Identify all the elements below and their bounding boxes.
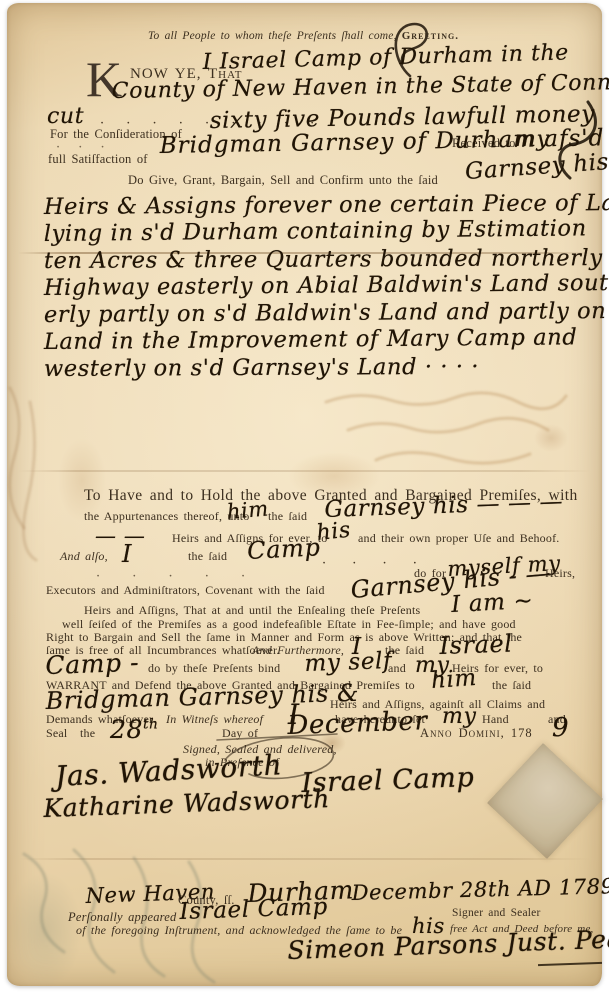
month-hw: December xyxy=(287,706,428,741)
satisfaction-label: full Satiſfaction of xyxy=(48,152,148,167)
anno-domini-label: Anno Domini, 178 xyxy=(420,726,533,741)
signer-sealer-label: Signer and Sealer xyxy=(452,907,541,919)
i-hw: I xyxy=(122,540,132,568)
description-line: erly partly on s'd Baldwin's Land and pa… xyxy=(44,298,607,328)
year-digit-hw: 9 xyxy=(552,713,569,743)
behoof-label: and their own proper Uſe and Behoof. xyxy=(358,531,559,546)
the-said-label: the ſaid xyxy=(188,549,227,564)
cut-hw: cut xyxy=(47,104,84,129)
and-label: and xyxy=(388,661,406,676)
description-line: westerly on s'd Garnsey's Land · · · · xyxy=(44,354,479,382)
him-hw: him xyxy=(430,665,477,694)
the-said-label: the ſaid xyxy=(492,678,531,693)
appeared-name-hw: Israel Camp xyxy=(179,894,328,925)
day-suffix: th xyxy=(143,717,159,733)
my-self-hw: my self xyxy=(304,648,392,677)
camp-hw: Camp xyxy=(247,533,322,565)
description-line: Land in the Improvement of Mary Camp and xyxy=(44,324,578,355)
in-witness-label: In Witneſs whereof xyxy=(166,712,263,727)
the-said-label: the ſaid xyxy=(268,509,307,524)
dash-hw: — — xyxy=(95,524,145,548)
camp-hw: Camp - xyxy=(45,648,140,680)
the-label: the xyxy=(80,726,95,741)
scanned-deed-document: To all People to whom theſe Preſents ſha… xyxy=(0,0,609,1000)
greeting-word: Greeting. xyxy=(402,30,459,42)
ensealing-label: Heirs and Aſſigns, That at and until the… xyxy=(84,603,420,618)
and-also-label: And alſo, xyxy=(60,549,108,564)
grant-clause-label: Do Give, Grant, Bargain, Sell and Confir… xyxy=(128,173,438,188)
his-hw: his xyxy=(315,518,352,546)
day-number: 28 xyxy=(110,715,143,744)
salutation-line: To all People to whom theſe Preſents ſha… xyxy=(148,30,459,42)
description-line: ten Acres & three Quarters bounded north… xyxy=(44,245,609,274)
israel-hw: Israel xyxy=(439,629,513,660)
filler-dots: · · · · · xyxy=(96,569,245,584)
executors-label: Executors and Adminiſtrators, Covenant w… xyxy=(46,583,325,598)
appurtenances-label: the Appurtenances thereof, unto xyxy=(84,509,249,524)
day-of-label: Day of xyxy=(222,726,258,741)
filler-dots: · · · · xyxy=(322,556,417,571)
day-number-hw: 28th xyxy=(110,715,159,744)
i-am-hw: I am ~ xyxy=(451,588,534,618)
description-line: Highway easterly on Abial Baldwin's Land… xyxy=(44,270,609,301)
seal-label: Seal xyxy=(46,726,67,741)
salutation-text: To all People to whom theſe Preſents ſha… xyxy=(148,30,397,42)
bind-clause-label: do by theſe Preſents bind xyxy=(148,661,280,676)
hand-label: Hand xyxy=(482,712,509,727)
him-hw: him xyxy=(226,496,270,524)
